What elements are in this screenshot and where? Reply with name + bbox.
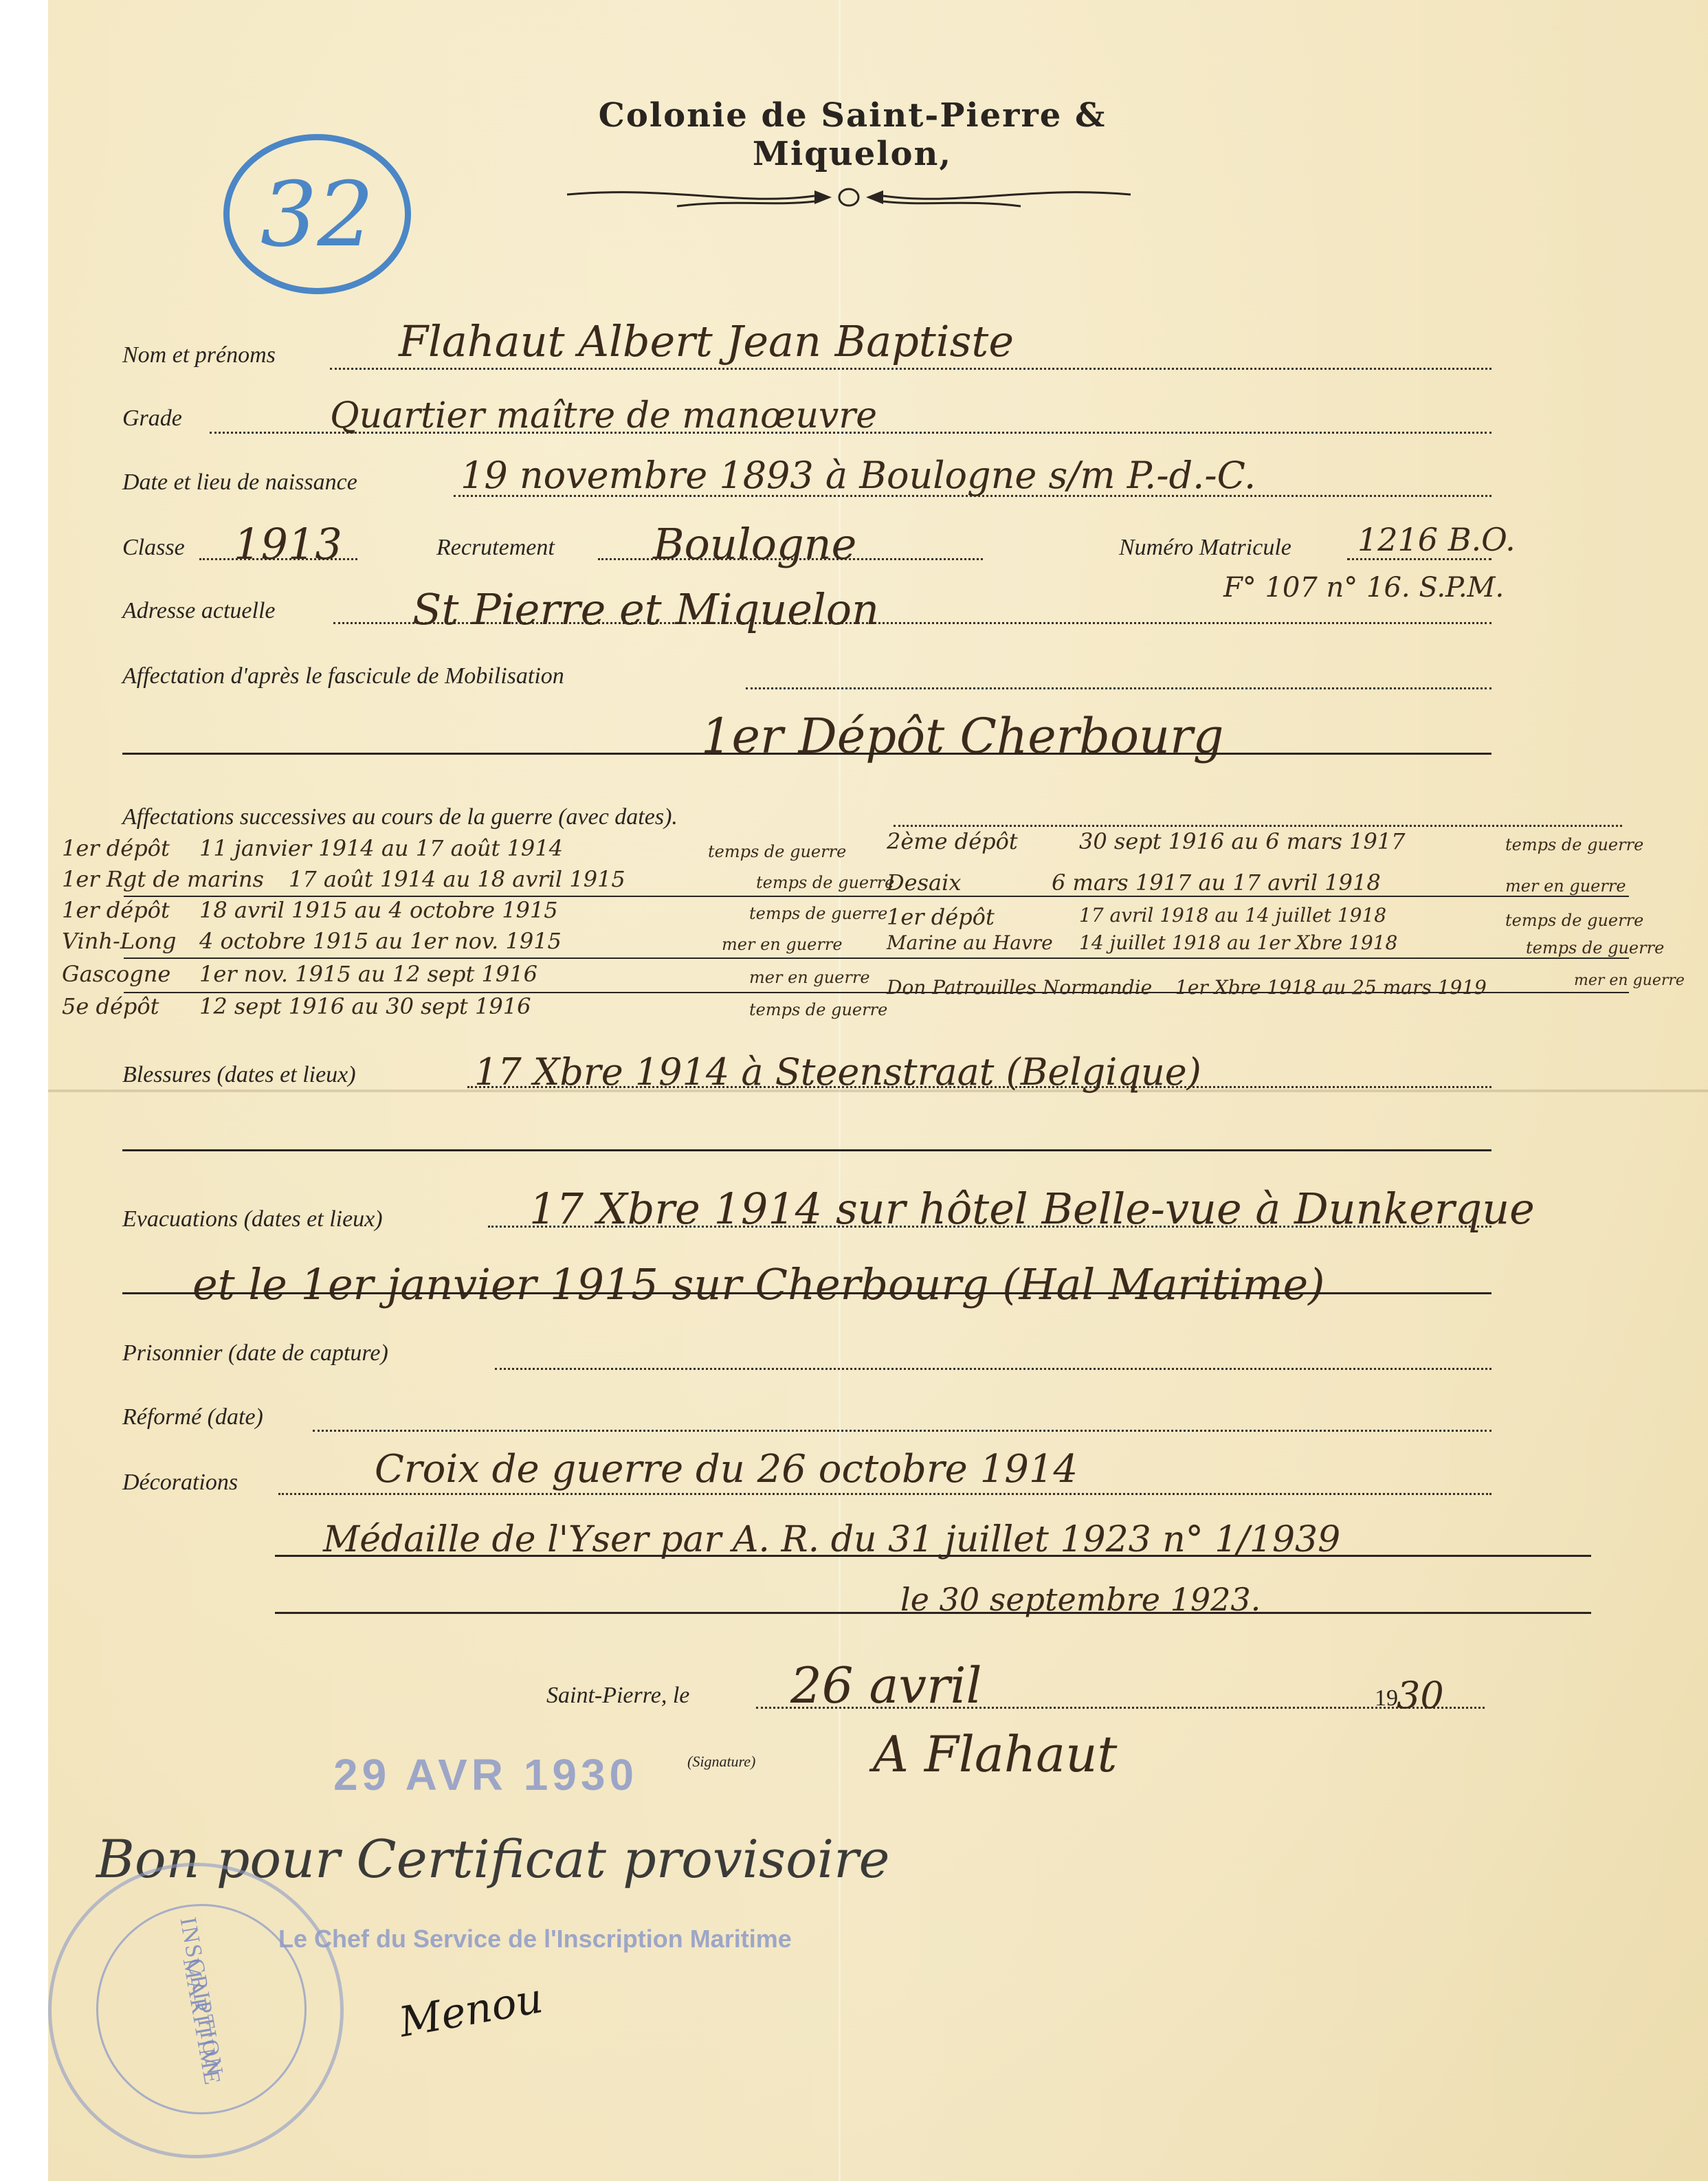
affectation-row: Desaix 6 mars 1917 au 17 avril 1918 mer … <box>887 870 1698 903</box>
signature: A Flahaut <box>873 1725 1117 1783</box>
evacuations-value: 17 Xbre 1914 sur hôtel Belle-vue à Dunke… <box>529 1184 1535 1234</box>
reforme-label: Réformé (date) <box>122 1404 263 1430</box>
affectation-period: 1er Xbre 1918 au 25 mars 1919 <box>1175 976 1487 999</box>
affectation-status: mer en guerre <box>749 968 870 987</box>
nom-label: Nom et prénoms <box>122 342 276 368</box>
affectation-unit: 2ème dépôt <box>887 828 1018 854</box>
affectation-period: 14 juillet 1918 au 1er Xbre 1918 <box>1079 931 1397 954</box>
affectation-period: 11 janvier 1914 au 17 août 1914 <box>199 835 563 861</box>
evacuations-rule <box>122 1292 1491 1294</box>
affectation-unit: Gascogne <box>62 961 170 987</box>
received-date-stamp: 29 AVR 1930 <box>333 1749 638 1800</box>
affectation-unit: 1er dépôt <box>62 835 170 861</box>
year-suffix: 30 <box>1397 1674 1444 1717</box>
affectation-period: 17 avril 1918 au 14 juillet 1918 <box>1079 904 1386 927</box>
affectation-period: 18 avril 1915 au 4 octobre 1915 <box>199 897 558 923</box>
naissance-label: Date et lieu de naissance <box>122 469 357 496</box>
affectation-unit: 1er Rgt de marins <box>62 866 264 892</box>
adresse-value: St Pierre et Miquelon <box>412 584 879 634</box>
date-day-month: 26 avril <box>790 1657 982 1714</box>
affectation-row: Don Patrouilles Normandie 1er Xbre 1918 … <box>887 976 1698 1009</box>
affectation-row: 2ème dépôt 30 sept 1916 au 6 mars 1917 t… <box>887 828 1698 861</box>
nom-value: Flahaut Albert Jean Baptiste <box>399 316 1014 366</box>
affectation-unit: 1er dépôt <box>62 897 170 923</box>
affectation-status: mer en guerre <box>722 935 843 954</box>
decorations-value-line2: Médaille de l'Yser par A. R. du 31 juill… <box>323 1519 1340 1560</box>
blessures-value: 17 Xbre 1914 à Steenstraat (Belgique) <box>474 1050 1201 1094</box>
signature-label: (Signature) <box>687 1753 755 1771</box>
affectation-unit: 5e dépôt <box>62 993 159 1019</box>
affectation-mobilisation-rule <box>122 753 1491 755</box>
chef-service-stamp: Le Chef du Service de l'Inscription Mari… <box>278 1925 792 1953</box>
affectation-status: temps de guerre <box>1505 835 1643 854</box>
decorations-dotted-line <box>278 1493 1491 1495</box>
affectation-status: temps de guerre <box>1505 911 1643 930</box>
affectation-period: 1er nov. 1915 au 12 sept 1916 <box>199 961 537 987</box>
affectation-period: 12 sept 1916 au 30 sept 1916 <box>199 993 531 1019</box>
affectation-status: temps de guerre <box>756 873 894 892</box>
grade-label: Grade <box>122 406 182 432</box>
matricule-label: Numéro Matricule <box>1119 535 1291 561</box>
affectation-period: 30 sept 1916 au 6 mars 1917 <box>1079 828 1406 854</box>
affectation-unit: 1er dépôt <box>887 904 995 930</box>
affectation-status: temps de guerre <box>1526 938 1664 957</box>
reference-number-circle: 32 <box>223 134 411 294</box>
affectations-successives-dotted-line <box>894 825 1622 827</box>
affectation-status: mer en guerre <box>1505 876 1626 896</box>
decorations-rule-2 <box>275 1612 1591 1614</box>
reference-number: 32 <box>260 162 374 267</box>
classe-value: 1913 <box>234 519 342 569</box>
matricule-value: 1216 B.O. <box>1357 521 1516 558</box>
blessures-rule <box>122 1149 1491 1151</box>
decorations-label: Décorations <box>122 1470 238 1496</box>
adresse-label: Adresse actuelle <box>122 598 276 624</box>
classe-label: Classe <box>122 535 185 561</box>
affectation-unit: Desaix <box>887 870 961 896</box>
affectations-successives-label: Affectations successives au cours de la … <box>122 804 678 830</box>
affectation-status: temps de guerre <box>708 842 846 861</box>
reforme-dotted-line <box>313 1430 1491 1432</box>
decorations-rule <box>275 1555 1591 1557</box>
recrutement-label: Recrutement <box>436 535 555 561</box>
affectation-status: temps de guerre <box>749 904 887 923</box>
affectation-row: Marine au Havre 14 juillet 1918 au 1er X… <box>887 931 1698 964</box>
matricule-value-line2: F° 107 n° 16. S.P.M. <box>1223 572 1504 604</box>
affectation-unit: Don Patrouilles Normandie <box>887 976 1152 999</box>
year-prefix: 19 <box>1375 1685 1398 1712</box>
naissance-value: 19 novembre 1893 à Boulogne s/m P.-d.-C. <box>461 454 1256 497</box>
decorations-value: Croix de guerre du 26 octobre 1914 <box>375 1447 1078 1492</box>
affectation-unit: Vinh-Long <box>62 928 176 954</box>
affectation-mobilisation-label: Affectation d'après le fascicule de Mobi… <box>122 663 564 689</box>
affectation-period: 6 mars 1917 au 17 avril 1918 <box>1052 870 1381 896</box>
prisonnier-dotted-line <box>495 1368 1491 1370</box>
affectation-status: temps de guerre <box>749 1000 887 1019</box>
affectation-period: 17 août 1914 au 18 avril 1915 <box>289 866 625 892</box>
blessures-label: Blessures (dates et lieux) <box>122 1062 356 1088</box>
place-label: Saint-Pierre, le <box>546 1683 689 1709</box>
affectation-unit: Marine au Havre <box>887 931 1053 954</box>
official-seal: INSCRIPTION MARITIME <box>96 1904 307 2114</box>
prisonnier-label: Prisonnier (date de capture) <box>122 1340 388 1366</box>
affectation-status: mer en guerre <box>1574 972 1685 989</box>
affectation-mobilisation-value: 1er Dépôt Cherbourg <box>701 708 1223 764</box>
recrutement-value: Boulogne <box>653 519 856 569</box>
affectation-mobilisation-dotted-line <box>746 687 1491 689</box>
header-title: Colonie de Saint-Pierre & Miquelon, <box>509 96 1196 173</box>
evacuations-value-line2: et le 1er janvier 1915 sur Cherbourg (Ha… <box>192 1259 1324 1309</box>
affectation-period: 4 octobre 1915 au 1er nov. 1915 <box>199 928 562 954</box>
grade-value: Quartier maître de manœuvre <box>330 395 877 436</box>
matricule-dotted-line <box>1347 558 1491 560</box>
evacuations-label: Evacuations (dates et lieux) <box>122 1206 383 1232</box>
nom-dotted-line <box>330 368 1491 370</box>
ornament-divider-icon <box>567 182 1131 217</box>
